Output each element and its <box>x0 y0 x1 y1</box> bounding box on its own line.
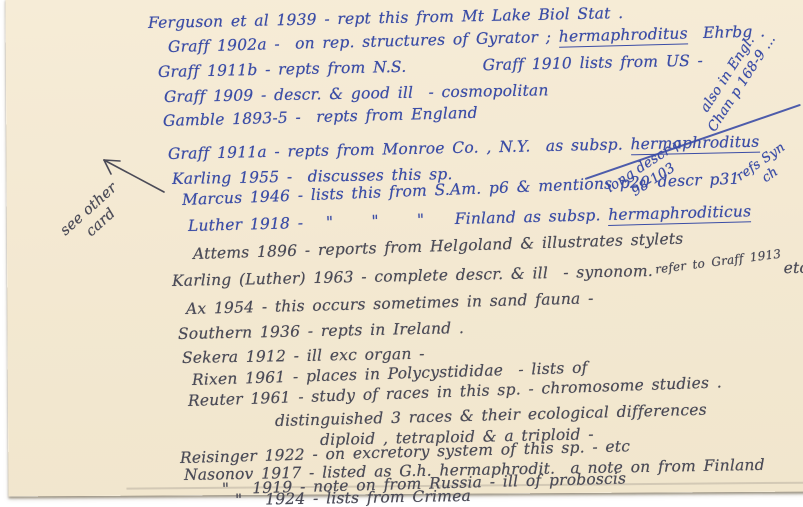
note-text: Attems 1896 - reports from Helgoland & i… <box>193 230 684 263</box>
note-line: distinguished 3 races & their ecological… <box>275 401 707 430</box>
note-text: Gamble 1893-5 - repts from England <box>163 104 478 130</box>
note-line: " 1924 - lists from Crimea <box>235 487 471 507</box>
note-line: Graff 1909 - descr. & good ill - cosmopo… <box>164 81 549 106</box>
note-line: Sekera 1912 - ill exc organ - <box>182 345 425 367</box>
note-line: Southern 1936 - repts in Ireland . <box>178 319 464 343</box>
note-line: Attems 1896 - reports from Helgoland & i… <box>193 230 684 263</box>
note-text: Graff 1911a - repts from Monroe Co. , N.… <box>168 135 631 163</box>
species-name: hermaphroditicus <box>608 202 752 226</box>
note-text: Sekera 1912 - ill exc organ - <box>182 345 425 367</box>
arrow-icon <box>96 152 168 196</box>
note-text: Ax 1954 - this occurs sometimes in sand … <box>186 289 594 318</box>
note-text: Graff 1909 - descr. & good ill - cosmopo… <box>164 81 549 106</box>
note-text: Luther 1918 - " " " Finland as subsp. <box>188 206 609 235</box>
note-line: Gamble 1893-5 - repts from England <box>163 104 478 130</box>
note-text: distinguished 3 races & their ecological… <box>275 401 707 430</box>
note-text: etc - on distrib . <box>783 256 803 277</box>
note-text: " 1924 - lists from Crimea <box>235 487 471 507</box>
superscript-note: refer to Graff 1913 <box>654 247 782 277</box>
scanned-page: Ferguson et al 1939 - rept this from Mt … <box>0 0 803 507</box>
note-text: Karling (Luther) 1963 - complete descr. … <box>172 262 653 290</box>
note-line: Graff 1911b - repts from N.S. Graff 1910… <box>158 52 703 81</box>
note-line: Karling (Luther) 1963 - complete descr. … <box>172 256 803 290</box>
note-text: Graff 1911b - repts from N.S. Graff 1910… <box>158 52 703 81</box>
note-line: Ax 1954 - this occurs sometimes in sand … <box>186 289 594 318</box>
note-text: Graff 1902a - on rep. structures of Gyra… <box>168 28 559 56</box>
species-name: hermaphroditus <box>559 24 688 47</box>
note-text: Southern 1936 - repts in Ireland . <box>178 319 464 343</box>
handwritten-lines: Ferguson et al 1939 - rept this from Mt … <box>0 0 803 507</box>
